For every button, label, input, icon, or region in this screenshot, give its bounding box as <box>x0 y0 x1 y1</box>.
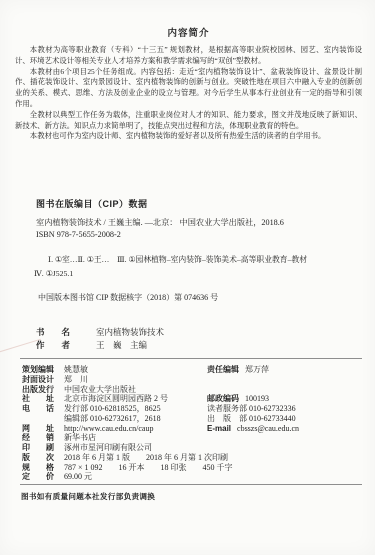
detail-value: 涿州市星河印刷有限公司 <box>64 443 152 453</box>
table-row: 版 次 2018 年 6 月第 1 版 2018 年 6 月第 1 次印刷 <box>22 453 363 463</box>
detail-label-right: 责任编辑 <box>207 365 239 375</box>
book-author-value: 王 巍 主编 <box>96 339 147 352</box>
table-row: 印 刷 涿州市星河印刷有限公司 <box>22 443 363 453</box>
detail-label <box>22 414 64 424</box>
detail-value: 郑 川 <box>64 375 88 385</box>
detail-value: 姚慧敏 <box>64 365 88 375</box>
table-row: 封面设计 郑 川 <box>22 375 363 385</box>
book-title-row: 书 名 室内植物装饰技术 <box>36 326 164 339</box>
content-summary-section: 内容简介 本教材为高等职业教育（专科）“十三五” 规划教材，是根据高等职业院校园… <box>15 25 362 142</box>
cip-class-line-1: Ⅰ. ①室…Ⅱ. ①王… Ⅲ. ①园林植物–室内装饰–装饰美术–高等职业教育–教… <box>34 253 364 267</box>
table-row: 编辑部 010-62732617，2618 出 版 部 010-62733440 <box>22 414 363 424</box>
book-title-value: 室内植物装饰技术 <box>96 326 164 339</box>
detail-label: 规 格 <box>22 463 64 473</box>
detail-label: 版 次 <box>22 453 64 463</box>
cip-heading: 图书在版编目（CIP）数据 <box>36 197 148 210</box>
summary-paragraph: 本教材为高等职业教育（专科）“十三五” 规划教材，是根据高等职业院校园林、园艺、… <box>15 45 362 67</box>
table-row: 出版发行 中国农业大学出版社 <box>22 385 363 395</box>
summary-paragraph: 本教材由6个项目25个任务组成。内容包括：走近“室内植物装饰设计”、盆栽装饰设计… <box>15 67 362 110</box>
detail-value: 2018 年 6 月第 1 版 2018 年 6 月第 1 次印刷 <box>64 453 228 463</box>
detail-value-right: cbsszs@cau.edu.cn <box>237 424 299 434</box>
cip-registry-line: 中国版本图书馆 CIP 数据核字（2018）第 074636 号 <box>38 292 218 303</box>
detail-value-right: 读者服务部 010-62732336 <box>207 404 296 414</box>
publication-details-block: 策划编辑 姚慧敏 责任编辑郑万萍 封面设计 郑 川 出版发行 中国农业大学出版社… <box>22 365 363 482</box>
table-row: 电 话 发行部 010-62818525，8625 读者服务部 010-6273… <box>22 404 363 414</box>
detail-label: 封面设计 <box>22 375 64 385</box>
detail-value: 北京市海淀区圆明园西路 2 号 <box>64 394 168 404</box>
book-author-row: 作 者 王 巍 主编 <box>36 339 164 352</box>
book-title-block: 书 名 室内植物装饰技术 作 者 王 巍 主编 <box>36 326 164 352</box>
detail-label-right: 邮政编码 <box>207 394 239 404</box>
detail-value: 69.00 元 <box>64 472 92 482</box>
scan-artifact-line <box>0 339 41 355</box>
detail-value-right: 郑万萍 <box>245 365 269 375</box>
table-row: 社 址 北京市海淀区圆明园西路 2 号 邮政编码100193 <box>22 394 363 404</box>
cip-classification-block: Ⅰ. ①室…Ⅱ. ①王… Ⅲ. ①园林植物–室内装饰–装饰美术–高等职业教育–教… <box>34 253 364 281</box>
detail-label: 经 销 <box>22 433 64 443</box>
book-author-label: 作 者 <box>36 339 80 352</box>
summary-paragraph: 本教材也可作为室内设计师、室内植物装饰的爱好者以及所有热爱生活的读者的自学用书。 <box>15 131 362 142</box>
detail-label: 定 价 <box>22 472 64 482</box>
detail-label: 出版发行 <box>22 385 64 395</box>
cip-record-line: 室内植物装饰技术 / 王巍主编. —北京： 中国农业大学出版社，2018.6 <box>36 217 284 229</box>
detail-value: 中国农业大学出版社 <box>64 385 136 395</box>
divider-line-top <box>20 358 362 359</box>
book-title-label: 书 名 <box>36 326 80 339</box>
table-row: 定 价 69.00 元 <box>22 472 363 482</box>
divider-line-bottom <box>20 484 362 485</box>
detail-value: 发行部 010-62818525，8625 <box>64 404 161 414</box>
detail-value: 787 × 1 092 16 开本 18 印张 450 千字 <box>64 463 233 473</box>
detail-value: 编辑部 010-62732617，2618 <box>64 414 161 424</box>
summary-paragraph: 全教材以典型工作任务为载体，注重职业岗位对人才的知识、能力要求，图文并茂地反映了… <box>15 110 362 132</box>
table-row: 规 格 787 × 1 092 16 开本 18 印张 450 千字 <box>22 463 363 473</box>
detail-label: 策划编辑 <box>22 365 64 375</box>
detail-label: 社 址 <box>22 394 64 404</box>
cip-class-line-2: Ⅳ. ①J525.1 <box>34 267 364 281</box>
isbn-line: ISBN 978-7-5655-2008-2 <box>36 229 284 241</box>
detail-label: 网 址 <box>22 424 64 434</box>
cip-record-block: 室内植物装饰技术 / 王巍主编. —北京： 中国农业大学出版社，2018.6 I… <box>36 217 284 241</box>
detail-label: 电 话 <box>22 404 64 414</box>
colophon-page: { "intro": { "title": "内容简介", "paragraph… <box>0 0 375 555</box>
table-row: 网 址 http://www.cau.edu.cn/caup E-mailcbs… <box>22 424 363 434</box>
detail-value-right: 出 版 部 010-62733440 <box>207 414 296 424</box>
detail-label: 印 刷 <box>22 443 64 453</box>
detail-value: http://www.cau.edu.cn/caup <box>64 424 153 434</box>
detail-value-right: 100193 <box>245 394 269 404</box>
detail-value: 新华书店 <box>64 433 96 443</box>
table-row: 经 销 新华书店 <box>22 433 363 443</box>
content-summary-title: 内容简介 <box>15 25 362 39</box>
table-row: 策划编辑 姚慧敏 责任编辑郑万萍 <box>22 365 363 375</box>
detail-label-right: E-mail <box>207 424 231 434</box>
quality-note: 图书如有质量问题本社发行部负责调换 <box>21 491 155 502</box>
